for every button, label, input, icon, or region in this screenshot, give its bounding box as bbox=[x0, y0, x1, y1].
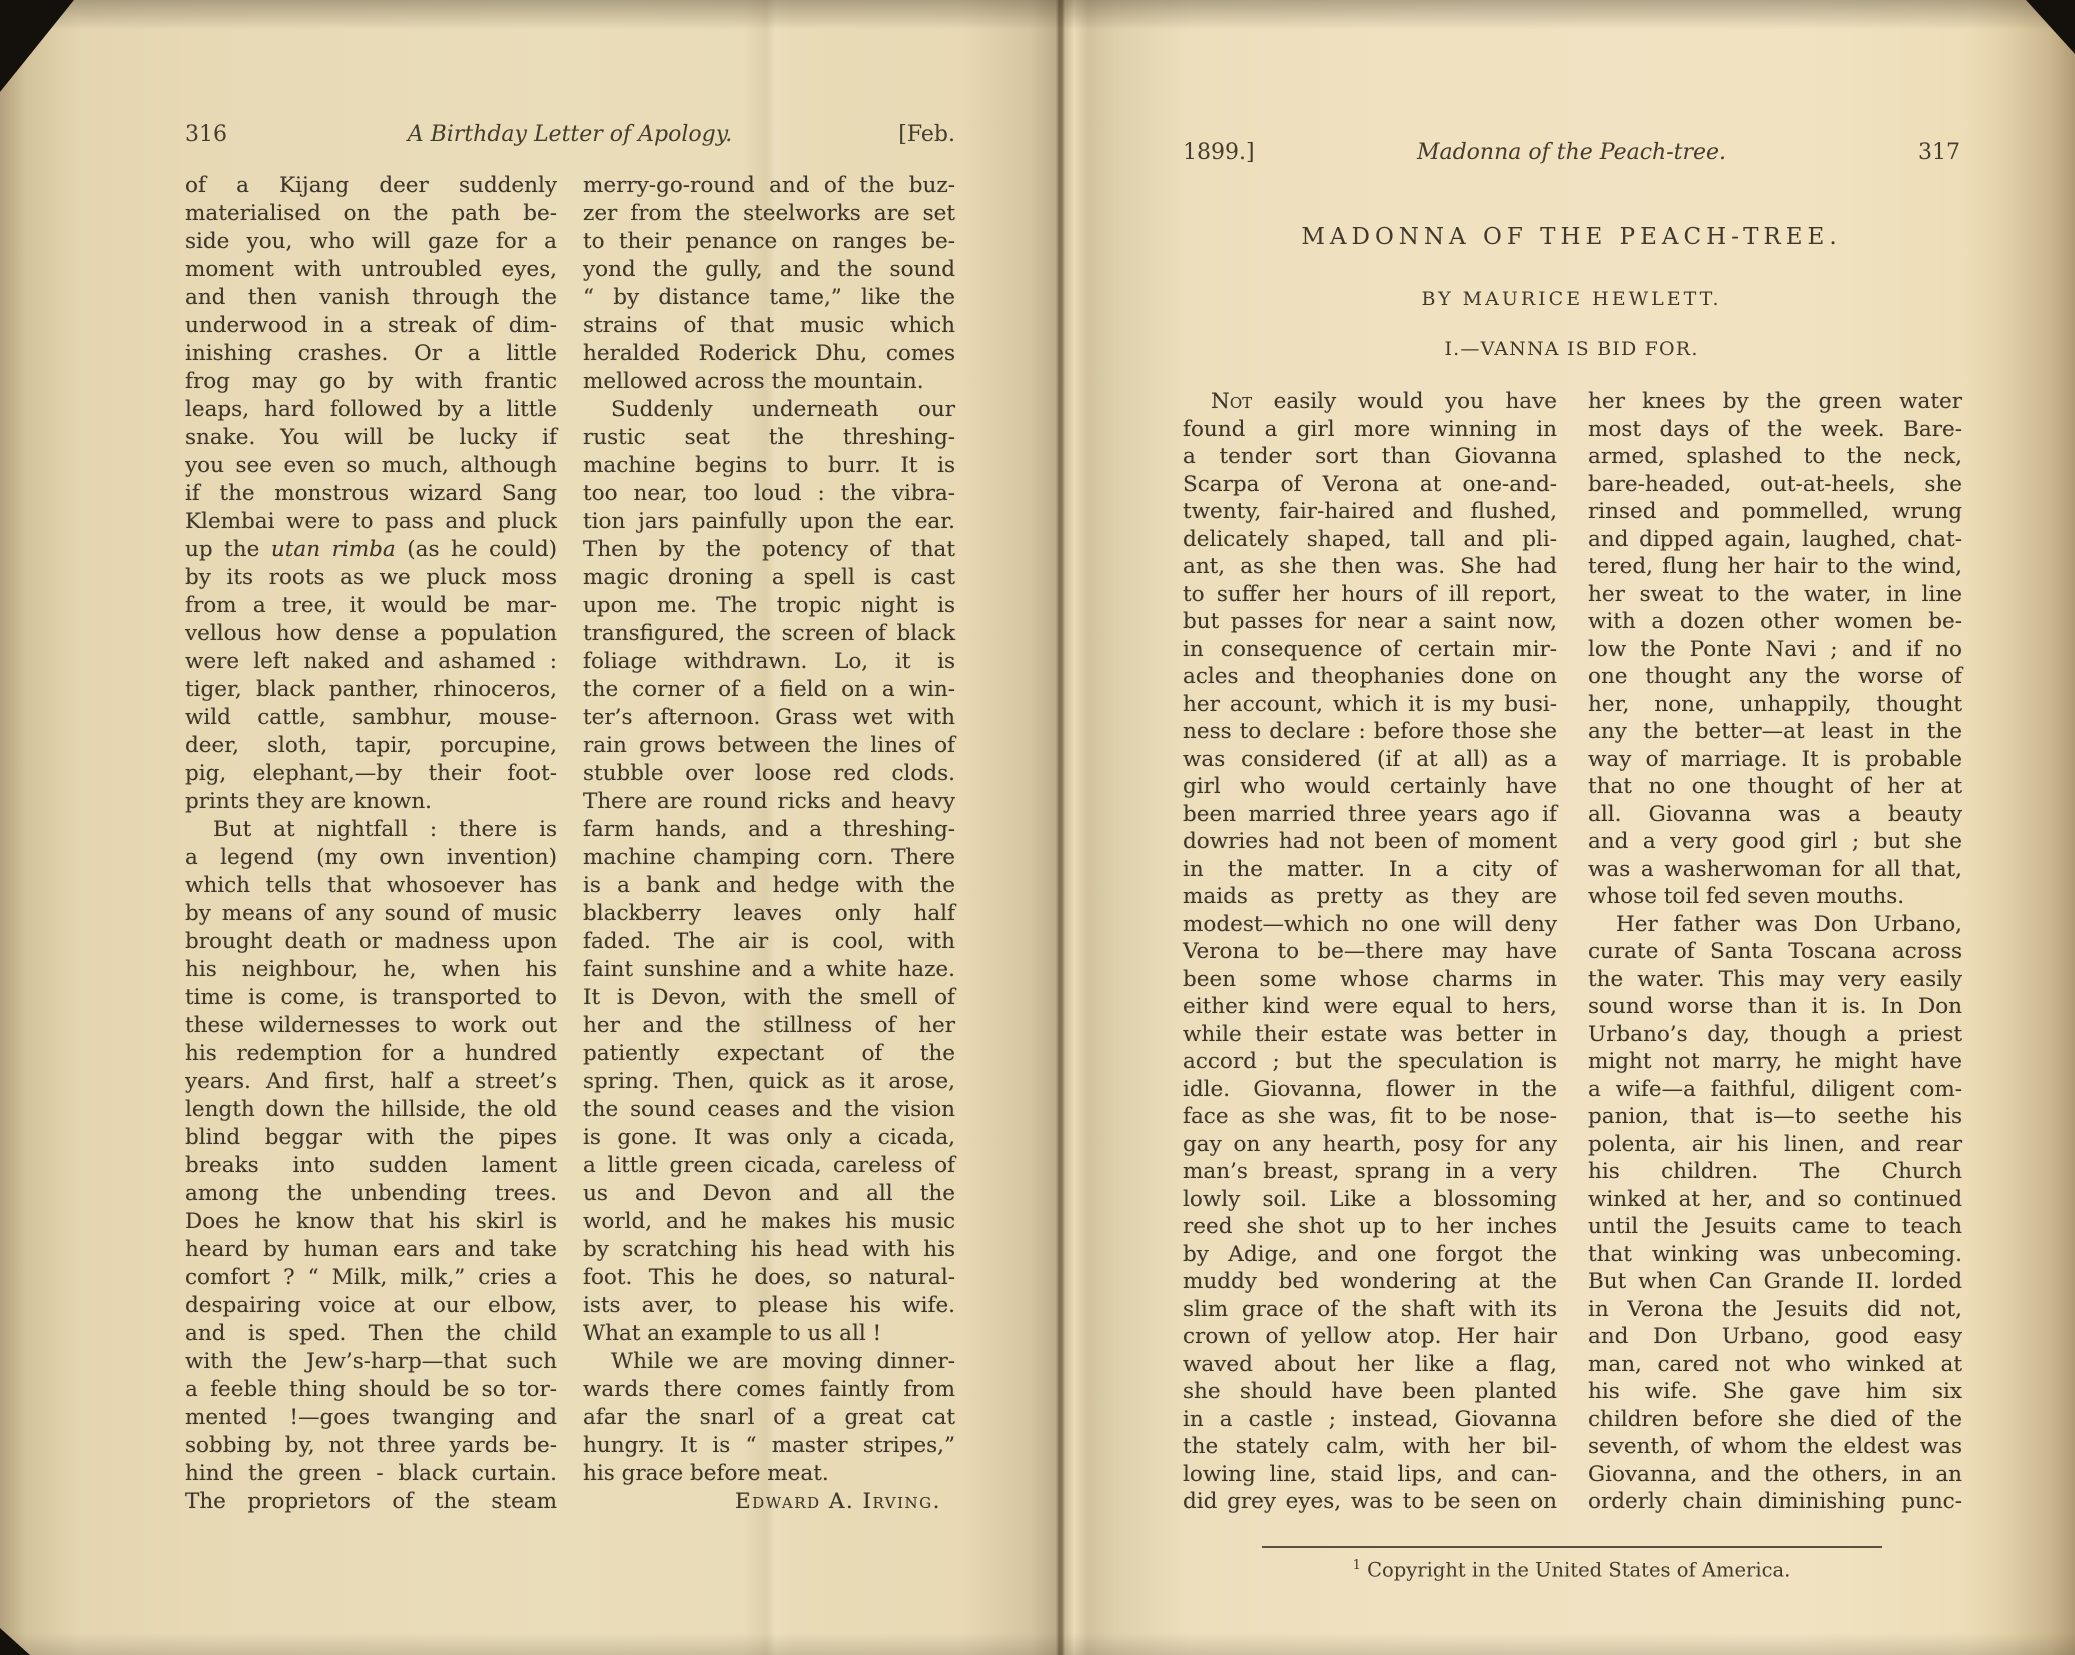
text-line: in Verona the Jesuits did not, bbox=[1588, 1296, 1962, 1324]
text-line: tiger, black panther, rhinoceros, bbox=[185, 676, 557, 704]
text-line: twenty, fair-haired and flushed, bbox=[1183, 498, 1557, 526]
text-line: zer from the steelworks are set bbox=[583, 200, 955, 228]
text-line: rustic seat the threshing- bbox=[583, 424, 955, 452]
text-line: yond the gully, and the sound bbox=[583, 256, 955, 284]
text-line: the sound ceases and the vision bbox=[583, 1096, 955, 1124]
text-line: reed she shot up to her inches bbox=[1183, 1213, 1557, 1241]
text-line: pig, elephant,—by their foot- bbox=[185, 760, 557, 788]
text-line: is gone. It was only a cicada, bbox=[583, 1124, 955, 1152]
text-line: time is come, is transported to bbox=[185, 984, 557, 1012]
text-line: a tender sort than Giovanna bbox=[1183, 443, 1557, 471]
text-line: in consequence of certain mir- bbox=[1183, 636, 1557, 664]
text-line: Giovanna, and the others, in an bbox=[1588, 1461, 1962, 1489]
text-line: tion jars painfully upon the ear. bbox=[583, 508, 955, 536]
text-line: tered, flung her hair to the wind, bbox=[1588, 553, 1962, 581]
text-line: spring. Then, quick as it arose, bbox=[583, 1068, 955, 1096]
text-line: side you, who will gaze for a bbox=[185, 228, 557, 256]
issue-month-label: [Feb. bbox=[898, 122, 955, 147]
text-line: idle. Giovanna, flower in the bbox=[1183, 1076, 1557, 1104]
text-line: the corner of a field on a win- bbox=[583, 676, 955, 704]
text-line: wards there comes faintly from bbox=[583, 1376, 955, 1404]
running-title: A Birthday Letter of Apology. bbox=[185, 122, 955, 147]
text-line: to their penance on ranges be- bbox=[583, 228, 955, 256]
text-line: up the utan rimba (as he could) bbox=[185, 536, 557, 564]
running-title: Madonna of the Peach-tree. bbox=[1183, 140, 1960, 165]
footnote-rule bbox=[1262, 1546, 1882, 1548]
text-line: man’s breast, sprang in a very bbox=[1183, 1158, 1557, 1186]
text-line: were left naked and ashamed : bbox=[185, 648, 557, 676]
text-line: with a dozen other women be- bbox=[1588, 608, 1962, 636]
text-line: way of marriage. It is probable bbox=[1588, 746, 1962, 774]
text-line: the stately calm, with her bil- bbox=[1183, 1433, 1557, 1461]
text-line: The proprietors of the steam bbox=[185, 1488, 557, 1516]
text-line: Then by the potency of that bbox=[583, 536, 955, 564]
text-line: been married three years ago if bbox=[1183, 801, 1557, 829]
text-line: and is sped. Then the child bbox=[185, 1320, 557, 1348]
text-line: machine champing corn. There bbox=[583, 844, 955, 872]
text-line: any the better—at least in the bbox=[1588, 718, 1962, 746]
text-line: found a girl more winning in bbox=[1183, 416, 1557, 444]
text-line: his neighbour, he, when his bbox=[185, 956, 557, 984]
text-line: girl who would certainly have bbox=[1183, 773, 1557, 801]
text-line: snake. You will be lucky if bbox=[185, 424, 557, 452]
left-page: 316 A Birthday Letter of Apology. [Feb. … bbox=[0, 0, 1055, 1655]
left-page-header: 316 A Birthday Letter of Apology. [Feb. bbox=[185, 122, 955, 152]
right-page-column-2: her knees by the green watermost days of… bbox=[1588, 388, 1962, 1516]
text-line: by means of any sound of music bbox=[185, 900, 557, 928]
text-line: all. Giovanna was a beauty bbox=[1588, 801, 1962, 829]
text-line: What an example to us all ! bbox=[583, 1320, 955, 1348]
text-line: delicately shaped, tall and pli- bbox=[1183, 526, 1557, 554]
text-line: children before she died of the bbox=[1588, 1406, 1962, 1434]
text-line: accord ; but the speculation is bbox=[1183, 1048, 1557, 1076]
text-line: and Don Urbano, good easy bbox=[1588, 1323, 1962, 1351]
text-line: materialised on the path be- bbox=[185, 200, 557, 228]
text-line: either kind were equal to hers, bbox=[1183, 993, 1557, 1021]
right-page-column-1: Not easily would you havefound a girl mo… bbox=[1183, 388, 1557, 1516]
article-title: MADONNA OF THE PEACH-TREE. bbox=[1183, 224, 1960, 250]
text-line: Urbano’s day, though a priest bbox=[1588, 1021, 1962, 1049]
text-line: despairing voice at our elbow, bbox=[185, 1292, 557, 1320]
text-line: and a very good girl ; but she bbox=[1588, 828, 1962, 856]
text-line: her sweat to the water, in line bbox=[1588, 581, 1962, 609]
text-line: modest—which no one will deny bbox=[1183, 911, 1557, 939]
text-line: his children. The Church bbox=[1588, 1158, 1962, 1186]
text-line: that winking was unbecoming. bbox=[1588, 1241, 1962, 1269]
text-line: deer, sloth, tapir, porcupine, bbox=[185, 732, 557, 760]
right-page: 1899.] Madonna of the Peach-tree. 317 MA… bbox=[1055, 0, 2075, 1655]
text-line: maids as pretty as they are bbox=[1183, 883, 1557, 911]
text-line: leaps, hard followed by a little bbox=[185, 396, 557, 424]
text-line: There are round ricks and heavy bbox=[583, 788, 955, 816]
text-line: a little green cicada, careless of bbox=[583, 1152, 955, 1180]
text-line: breaks into sudden lament bbox=[185, 1152, 557, 1180]
text-line: foliage withdrawn. Lo, it is bbox=[583, 648, 955, 676]
text-line: faded. The air is cool, with bbox=[583, 928, 955, 956]
text-line: bare-headed, out-at-heels, she bbox=[1588, 471, 1962, 499]
text-line: upon me. The tropic night is bbox=[583, 592, 955, 620]
text-line: his grace before meat. bbox=[583, 1460, 955, 1488]
text-line: did grey eyes, was to be seen on bbox=[1183, 1488, 1557, 1516]
text-line: winked at her, and so continued bbox=[1588, 1186, 1962, 1214]
text-line: world, and he makes his music bbox=[583, 1208, 955, 1236]
text-line: to suffer her hours of ill report, bbox=[1183, 581, 1557, 609]
text-line: But at nightfall : there is bbox=[185, 816, 557, 844]
text-line: in the matter. In a city of bbox=[1183, 856, 1557, 884]
text-line: and then vanish through the bbox=[185, 284, 557, 312]
text-line: his redemption for a hundred bbox=[185, 1040, 557, 1068]
text-line: polenta, air his linen, and rear bbox=[1588, 1131, 1962, 1159]
text-line: Edward A. Irving. bbox=[583, 1488, 955, 1516]
text-line: curate of Santa Toscana across bbox=[1588, 938, 1962, 966]
text-line: inishing crashes. Or a little bbox=[185, 340, 557, 368]
text-line: hungry. It is “ master stripes,” bbox=[583, 1432, 955, 1460]
text-line: afar the snarl of a great cat bbox=[583, 1404, 955, 1432]
text-line: her knees by the green water bbox=[1588, 388, 1962, 416]
text-line: low the Ponte Navi ; and if no bbox=[1588, 636, 1962, 664]
text-line: might not marry, he might have bbox=[1588, 1048, 1962, 1076]
text-line: transfigured, the screen of black bbox=[583, 620, 955, 648]
text-line: by scratching his head with his bbox=[583, 1236, 955, 1264]
text-line: ter’s afternoon. Grass wet with bbox=[583, 704, 955, 732]
text-line: with the Jew’s-harp—that such bbox=[185, 1348, 557, 1376]
text-line: which tells that whosoever has bbox=[185, 872, 557, 900]
text-line: ness to declare : before those she bbox=[1183, 718, 1557, 746]
text-line: foot. This he does, so natural- bbox=[583, 1264, 955, 1292]
text-line: Does he know that his skirl is bbox=[185, 1208, 557, 1236]
text-line: hind the green - black curtain. bbox=[185, 1460, 557, 1488]
right-page-header: 1899.] Madonna of the Peach-tree. 317 bbox=[1183, 140, 1960, 170]
text-line: moment with untroubled eyes, bbox=[185, 256, 557, 284]
text-line: faint sunshine and a white haze. bbox=[583, 956, 955, 984]
text-line: prints they are known. bbox=[185, 788, 557, 816]
text-line: a legend (my own invention) bbox=[185, 844, 557, 872]
text-line: been some whose charms in bbox=[1183, 966, 1557, 994]
text-line: she should have been planted bbox=[1183, 1378, 1557, 1406]
page-number: 317 bbox=[1918, 140, 1960, 165]
text-line: most days of the week. Bare- bbox=[1588, 416, 1962, 444]
text-line: by Adige, and one forgot the bbox=[1183, 1241, 1557, 1269]
text-line: years. And first, half a street’s bbox=[185, 1068, 557, 1096]
text-line: patiently expectant of the bbox=[583, 1040, 955, 1068]
text-line: heralded Roderick Dhu, comes bbox=[583, 340, 955, 368]
text-line: strains of that music which bbox=[583, 312, 955, 340]
text-line: sobbing by, not three yards be- bbox=[185, 1432, 557, 1460]
article-byline: BY MAURICE HEWLETT. bbox=[1183, 288, 1960, 310]
text-line: too near, too loud : the vibra- bbox=[583, 480, 955, 508]
text-line: length down the hillside, the old bbox=[185, 1096, 557, 1124]
text-line: merry-go-round and of the buz- bbox=[583, 172, 955, 200]
text-line: Klembai were to pass and pluck bbox=[185, 508, 557, 536]
text-line: and dipped again, laughed, chat- bbox=[1588, 526, 1962, 554]
text-line: wild cattle, sambhur, mouse- bbox=[185, 704, 557, 732]
text-line: the water. This may very easily bbox=[1588, 966, 1962, 994]
text-line: comfort ? “ Milk, milk,” cries a bbox=[185, 1264, 557, 1292]
text-line: “ by distance tame,” like the bbox=[583, 284, 955, 312]
text-line: But when Can Grande II. lorded bbox=[1588, 1268, 1962, 1296]
book-spread: 316 A Birthday Letter of Apology. [Feb. … bbox=[0, 0, 2075, 1655]
text-line: whose toil fed seven mouths. bbox=[1588, 883, 1962, 911]
text-line: sound worse than it is. In Don bbox=[1588, 993, 1962, 1021]
text-line: us and Devon and all the bbox=[583, 1180, 955, 1208]
text-line: Not easily would you have bbox=[1183, 388, 1557, 416]
text-line: her account, which it is my busi- bbox=[1183, 691, 1557, 719]
text-line: armed, splashed to the neck, bbox=[1588, 443, 1962, 471]
text-line: Her father was Don Urbano, bbox=[1588, 911, 1962, 939]
text-line: stubble over loose red clods. bbox=[583, 760, 955, 788]
text-line: these wildernesses to work out bbox=[185, 1012, 557, 1040]
text-line: until the Jesuits came to teach bbox=[1588, 1213, 1962, 1241]
text-line: was considered (if at all) as a bbox=[1183, 746, 1557, 774]
section-heading: I.—VANNA IS BID FOR. bbox=[1183, 338, 1960, 360]
text-line: ant, as she then was. She had bbox=[1183, 553, 1557, 581]
left-page-column-1: of a Kijang deer suddenlymaterialised on… bbox=[185, 172, 557, 1516]
text-line: heard by human ears and take bbox=[185, 1236, 557, 1264]
text-line: but passes for near a saint now, bbox=[1183, 608, 1557, 636]
text-line: from a tree, it would be mar- bbox=[185, 592, 557, 620]
text-line: brought death or madness upon bbox=[185, 928, 557, 956]
text-line: blackberry leaves only half bbox=[583, 900, 955, 928]
text-line: his wife. She gave him six bbox=[1588, 1378, 1962, 1406]
text-line: is a bank and hedge with the bbox=[583, 872, 955, 900]
text-line: Verona to be—there may have bbox=[1183, 938, 1557, 966]
text-line: rain grows between the lines of bbox=[583, 732, 955, 760]
text-line: acles and theophanies done on bbox=[1183, 663, 1557, 691]
text-line: among the unbending trees. bbox=[185, 1180, 557, 1208]
text-line: a feeble thing should be so tor- bbox=[185, 1376, 557, 1404]
text-line: was a washerwoman for all that, bbox=[1588, 856, 1962, 884]
footnote-text: Copyright in the United States of Americ… bbox=[1367, 1559, 1790, 1582]
text-line: man, cared not who winked at bbox=[1588, 1351, 1962, 1379]
text-line: gay on any hearth, posy for any bbox=[1183, 1131, 1557, 1159]
text-line: face as she was, fit to be nose- bbox=[1183, 1103, 1557, 1131]
text-line: It is Devon, with the smell of bbox=[583, 984, 955, 1012]
text-line: farm hands, and a threshing- bbox=[583, 816, 955, 844]
left-page-column-2: merry-go-round and of the buz-zer from t… bbox=[583, 172, 955, 1516]
text-line: blind beggar with the pipes bbox=[185, 1124, 557, 1152]
text-line: her, none, unhappily, thought bbox=[1588, 691, 1962, 719]
text-line: muddy bed wondering at the bbox=[1183, 1268, 1557, 1296]
text-line: lowly soil. Like a blossoming bbox=[1183, 1186, 1557, 1214]
text-line: you see even so much, although bbox=[185, 452, 557, 480]
text-line: crown of yellow atop. Her hair bbox=[1183, 1323, 1557, 1351]
text-line: rinsed and pommelled, wrung bbox=[1588, 498, 1962, 526]
text-line: in a castle ; instead, Giovanna bbox=[1183, 1406, 1557, 1434]
text-line: dowries had not been of moment bbox=[1183, 828, 1557, 856]
text-line: While we are moving dinner- bbox=[583, 1348, 955, 1376]
text-line: machine begins to burr. It is bbox=[583, 452, 955, 480]
footnote-marker: 1 bbox=[1353, 1558, 1361, 1573]
text-line: if the monstrous wizard Sang bbox=[185, 480, 557, 508]
text-line: by its roots as we pluck moss bbox=[185, 564, 557, 592]
text-line: frog may go by with frantic bbox=[185, 368, 557, 396]
text-line: vellous how dense a population bbox=[185, 620, 557, 648]
footnote: 1 Copyright in the United States of Amer… bbox=[1183, 1558, 1960, 1582]
text-line: mellowed across the mountain. bbox=[583, 368, 955, 396]
text-line: seventh, of whom the eldest was bbox=[1588, 1433, 1962, 1461]
text-line: Scarpa of Verona at one-and- bbox=[1183, 471, 1557, 499]
text-line: while their estate was better in bbox=[1183, 1021, 1557, 1049]
text-line: magic droning a spell is cast bbox=[583, 564, 955, 592]
text-line: ists aver, to please his wife. bbox=[583, 1292, 955, 1320]
text-line: panion, that is—to seethe his bbox=[1588, 1103, 1962, 1131]
text-line: her and the stillness of her bbox=[583, 1012, 955, 1040]
text-line: a wife—a faithful, diligent com- bbox=[1588, 1076, 1962, 1104]
text-line: Suddenly underneath our bbox=[583, 396, 955, 424]
text-line: of a Kijang deer suddenly bbox=[185, 172, 557, 200]
text-line: one thought any the worse of bbox=[1588, 663, 1962, 691]
text-line: lowing line, staid lips, and can- bbox=[1183, 1461, 1557, 1489]
text-line: underwood in a streak of dim- bbox=[185, 312, 557, 340]
text-line: orderly chain diminishing punc- bbox=[1588, 1488, 1962, 1516]
text-line: slim grace of the shaft with its bbox=[1183, 1296, 1557, 1324]
text-line: that no one thought of her at bbox=[1588, 773, 1962, 801]
text-line: waved about her like a flag, bbox=[1183, 1351, 1557, 1379]
text-line: mented !—goes twanging and bbox=[185, 1404, 557, 1432]
